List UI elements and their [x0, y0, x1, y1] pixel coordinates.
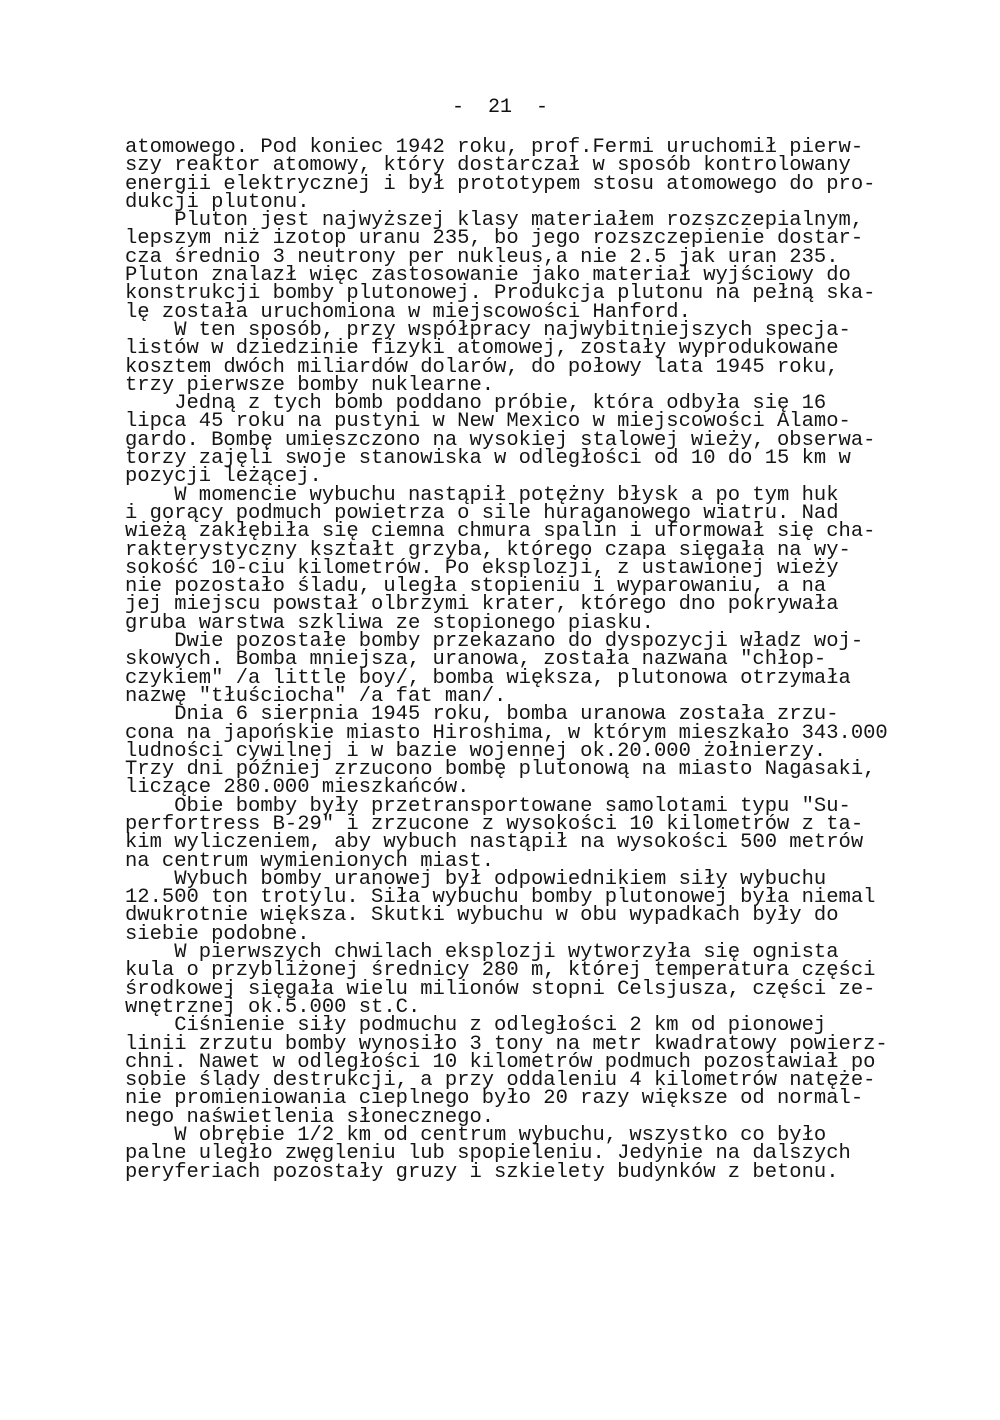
document-body: atomowego. Pod koniec 1942 roku, prof.Fe… [125, 139, 925, 1182]
text-line: peryferiach pozostały gruzy i szkielety … [125, 1164, 925, 1182]
page-number: - 21 - [0, 96, 1000, 119]
